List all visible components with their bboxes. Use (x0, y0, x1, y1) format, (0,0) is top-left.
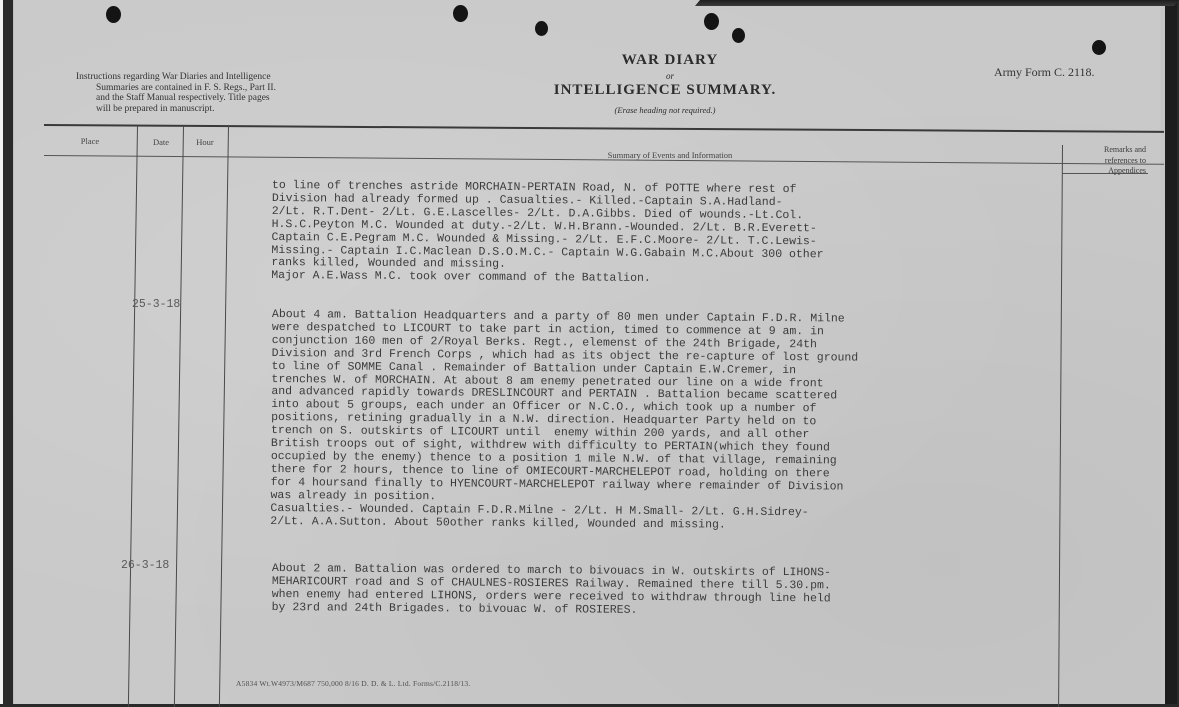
entry-date: 25-3-18 (132, 298, 180, 311)
punch-hole-icon (106, 6, 121, 23)
remarks-header-line: Remarks and (1064, 145, 1146, 156)
title-or: or (500, 71, 840, 81)
column-divider-date (174, 126, 184, 707)
punch-hole-icon (704, 13, 719, 30)
diary-entry-continued: to line of trenches astride MORCHAIN-PER… (271, 180, 1012, 289)
printer-imprint: A5834 Wt.W4973/M687 750,000 8/16 D. D. &… (236, 679, 470, 688)
title-intelligence-summary: INTELLIGENCE SUMMARY. (490, 82, 840, 99)
column-header-hour: Hour (188, 137, 222, 147)
column-divider-hour (219, 126, 229, 707)
punch-hole-icon (535, 21, 548, 36)
scan-border-top (695, 0, 1179, 6)
column-divider-place (128, 126, 138, 707)
instructions-line: will be prepared in manuscript. (76, 104, 338, 115)
diary-entry-26-3-18: About 2 am. Battalion was ordered to mar… (272, 563, 1012, 620)
scan-border-left (0, 0, 14, 707)
column-header-place: Place (70, 136, 110, 146)
entry-date: 26-3-18 (121, 559, 169, 572)
instructions-line: Instructions regarding War Diaries and I… (76, 72, 338, 83)
instructions-line: Summaries are contained in F. S. Regs., … (76, 83, 338, 94)
scanned-page: Instructions regarding War Diaries and I… (0, 0, 1179, 707)
punch-hole-icon (1092, 40, 1106, 55)
column-header-remarks: Remarks and references to Appendices (1064, 145, 1146, 177)
scan-border-right (1161, 0, 1179, 707)
column-header-date: Date (143, 137, 179, 147)
column-divider-remarks (1058, 145, 1063, 707)
punch-hole-icon (453, 5, 468, 22)
column-header-summary: Summary of Events and Information (560, 150, 780, 160)
form-title: WAR DIARY or INTELLIGENCE SUMMARY. (Eras… (440, 52, 840, 115)
remarks-header-line: Appendices (1064, 166, 1146, 177)
instructions-line: and the Staff Manual respectively. Title… (76, 93, 338, 104)
title-war-diary: WAR DIARY (500, 52, 840, 69)
remarks-header-line: references to (1064, 156, 1146, 167)
title-erase-note: (Erase heading not required.) (490, 105, 840, 115)
table-top-rule (44, 124, 1164, 133)
punch-hole-icon (732, 28, 745, 43)
army-form-number: Army Form C. 2118. (994, 65, 1095, 80)
diary-entry-25-3-18: About 4 am. Battalion Headquarters and a… (270, 309, 1012, 534)
form-instructions: Instructions regarding War Diaries and I… (76, 72, 338, 114)
